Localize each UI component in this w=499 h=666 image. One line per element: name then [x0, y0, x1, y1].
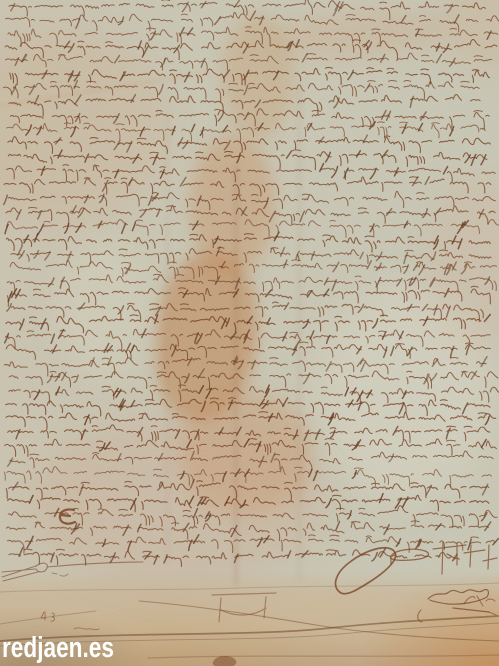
left-flourish-rays — [2, 566, 38, 581]
plica-left-crease — [0, 611, 96, 624]
manuscript-text-lines — [3, 0, 499, 567]
bottom-edge-spot — [213, 656, 236, 666]
left-flourish-ticks — [52, 573, 68, 576]
bottom-edge-crease — [148, 655, 499, 658]
plica-diagonal-crease — [139, 601, 499, 641]
initial-e-mark — [60, 509, 75, 523]
manuscript-accent-strokes — [4, 0, 499, 564]
watermark: redjaen.es — [2, 634, 114, 663]
left-flourish-knot — [36, 562, 143, 572]
small-scribble — [74, 628, 99, 630]
plica-seal-slits — [212, 593, 276, 622]
manuscript-ink-svg — [0, 0, 499, 666]
notarial-cross-marks — [433, 542, 497, 574]
parchment-photo: redjaen.es — [0, 0, 499, 666]
fold-boundary-line — [0, 583, 499, 592]
bottom-right-marks — [464, 596, 496, 615]
